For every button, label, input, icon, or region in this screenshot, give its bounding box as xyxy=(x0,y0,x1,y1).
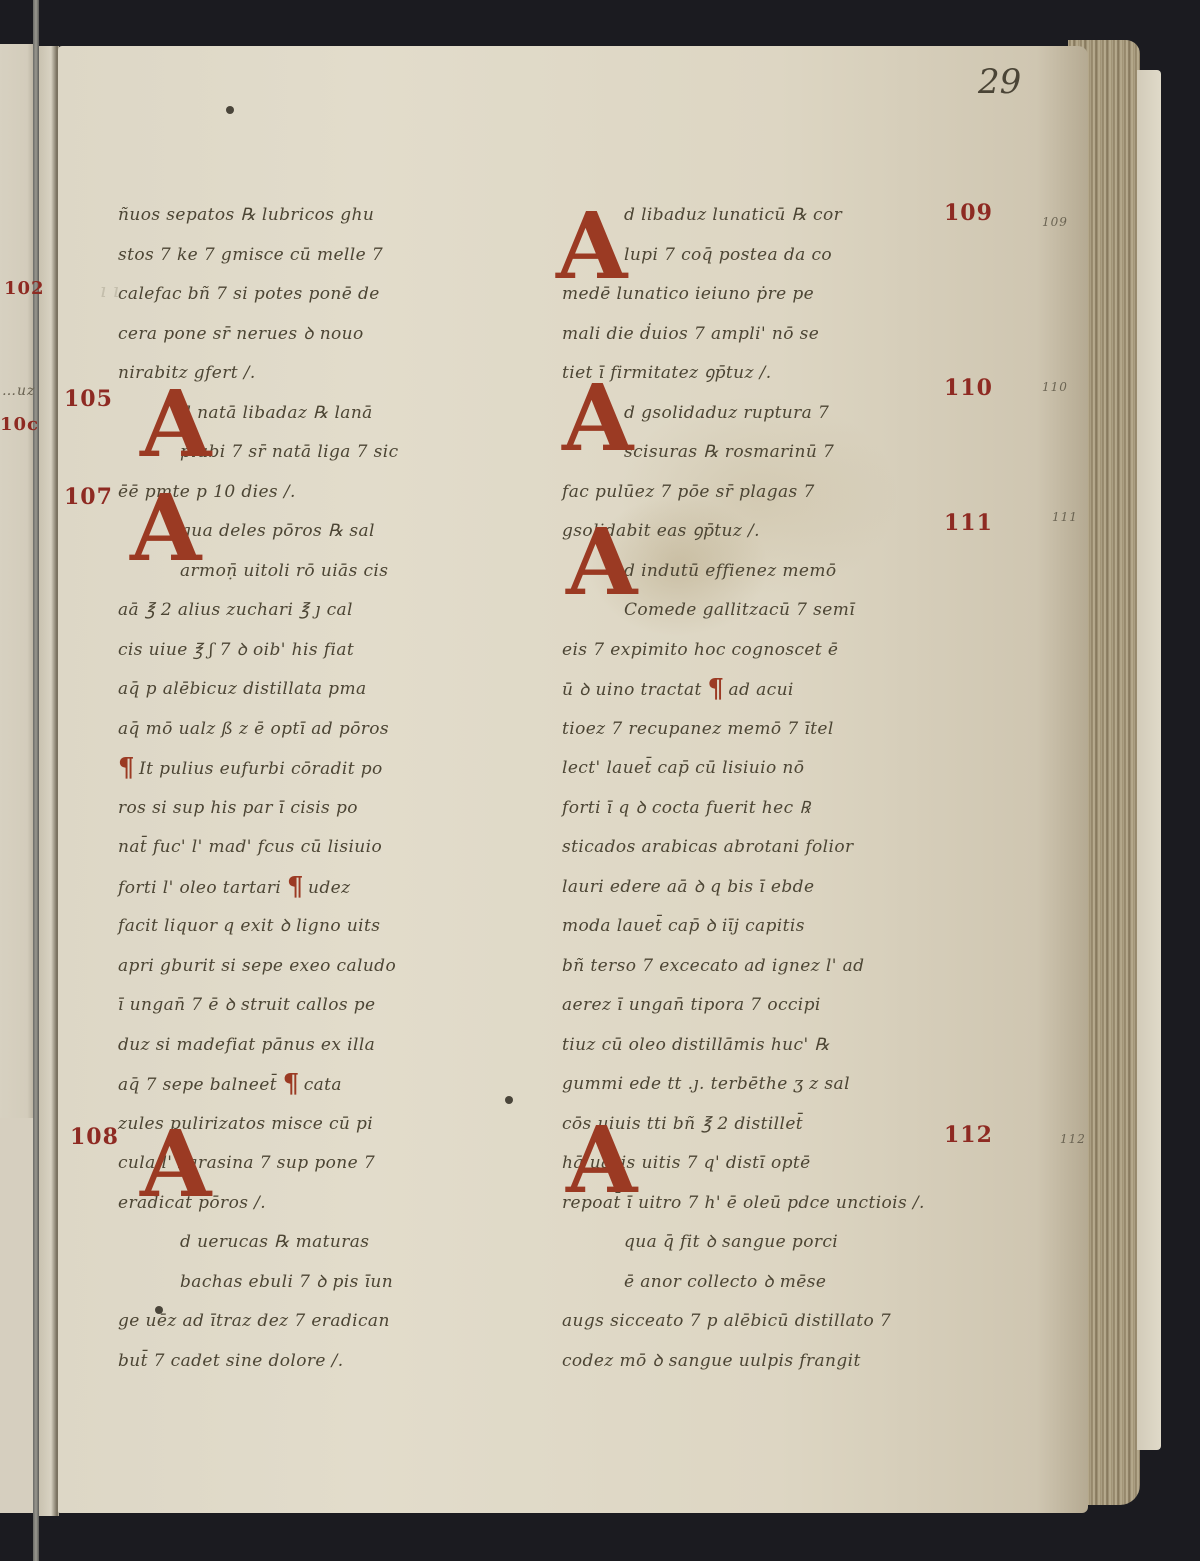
text-line: stos 7 ke 7 gmisce cū melle 7 xyxy=(118,236,518,276)
text-line: aā ℥ 2 alius zuchari ℥ ȷ cal xyxy=(118,591,518,631)
text-line: bachas ebuli 7 ꝺ pis īun xyxy=(118,1263,518,1303)
text-line: ge uēz ad ītraz dez 7 eradican xyxy=(118,1302,518,1342)
facing-margin-number: 10c xyxy=(0,414,39,435)
fore-edge-sheet xyxy=(1137,70,1161,1450)
text-line: ros si sup his par ī cisis po xyxy=(118,789,518,829)
text-line: nat̄ fuc' l' mad' fcus cū lisiuio xyxy=(118,828,518,868)
text-line: aerez ī ungan̄ tipora 7 occipi xyxy=(562,986,992,1026)
text-line-with-paraph: forti l' oleo tartari ¶udez xyxy=(118,868,518,908)
folio-number: 29 xyxy=(978,62,1021,102)
text-line: moda lauet̄ cap̄ ꝺ iīj capitis xyxy=(562,907,992,947)
rubricated-initial: A xyxy=(566,516,637,608)
text-line: facit liquor q exit ꝺ ligno uits xyxy=(118,907,518,947)
text-line: duz si madefiat pānus ex illa xyxy=(118,1026,518,1066)
text-line: lauri edere aā ꝺ q bis ī ebde xyxy=(562,868,992,908)
text-line: aq̄ mō ualz ß z ē optī ad pōros xyxy=(118,710,518,750)
text-line: bñ terso 7 excecato ad ignez l' ad xyxy=(562,947,992,987)
text-line: eis 7 expimito hoc cognoscet ē xyxy=(562,631,992,671)
manuscript-photograph: 102 …uz 10c 29 ı ı ñuos sepatos ℞ lubric… xyxy=(0,0,1200,1561)
text-line: aq̄ p alēbicuz distillata pma xyxy=(118,670,518,710)
facing-margin-pencil: …uz xyxy=(2,383,35,399)
book-gutter xyxy=(39,46,59,1516)
facing-page-edge-lower xyxy=(0,1118,34,1513)
paraph-mark: ¶ xyxy=(708,670,725,710)
rubricated-initial: A xyxy=(566,1114,637,1206)
text-line: cera pone sr̄ nerues ꝺ nouo xyxy=(118,315,518,355)
text-line: gummi ede tt .ȷ. terbēthe ʒ z sal xyxy=(562,1065,992,1105)
text-line: cis uiue ℥ ʃ 7 ꝺ oib' his fiat xyxy=(118,631,518,671)
pencil-recipe-number: 110 xyxy=(1042,380,1068,394)
pencil-recipe-number: 112 xyxy=(1060,1132,1086,1146)
text-line: fac pulūez 7 pōe sr̄ plagas 7 xyxy=(562,473,992,513)
text-line-with-paraph: ū ꝺ uino tractat ¶ad acui xyxy=(562,670,992,710)
facing-page-edge xyxy=(0,44,34,1118)
text-line: calefac bñ 7 si potes ponē de xyxy=(118,275,518,315)
paraph-mark: ¶ xyxy=(287,868,304,908)
text-line: ñuos sepatos ℞ lubricos ghu xyxy=(118,196,518,236)
binding-hole xyxy=(226,106,234,114)
rubricated-initial: A xyxy=(562,372,633,464)
text-line: apri gburit si sepe exeo caludo xyxy=(118,947,518,987)
text-line: d uerucas ℞ maturas xyxy=(118,1223,518,1263)
text-line-with-paraph: ¶It pulius eufurbi cōradit po xyxy=(118,749,518,789)
text-line: augs sicceato 7 p alēbicū distillato 7 xyxy=(562,1302,992,1342)
recipe-number: 111 xyxy=(944,510,993,536)
text-line: lect' lauet̄ cap̄ cū lisiuio nō xyxy=(562,749,992,789)
text-line: tioez 7 recupanez memō 7 ītel xyxy=(562,710,992,750)
paraph-mark: ¶ xyxy=(118,749,135,789)
recipe-number: 108 xyxy=(70,1124,119,1150)
text-line: ē anor collecto ꝺ mēse xyxy=(562,1263,992,1303)
recipe-number: 107 xyxy=(64,484,113,510)
rubricated-initial: A xyxy=(130,482,201,574)
rubricated-initial: A xyxy=(140,1118,211,1210)
text-line-with-paraph: aq̄ 7 sepe balneet̄ ¶cata xyxy=(118,1065,518,1105)
paraph-mark: ¶ xyxy=(283,1065,300,1105)
text-line: sticados arabicas abrotani folior xyxy=(562,828,992,868)
text-line: mali die ḋuios 7 ampli' nō se xyxy=(562,315,992,355)
pencil-recipe-number: 111 xyxy=(1052,510,1078,524)
pencil-recipe-number: 109 xyxy=(1042,215,1068,229)
recipe-number: 112 xyxy=(944,1122,993,1148)
recipe-number: 105 xyxy=(64,386,113,412)
text-line: codez mō ꝺ sangue uulpis frangit xyxy=(562,1342,992,1382)
text-line: forti ī q ꝺ cocta fuerit hec ℞ xyxy=(562,789,992,829)
text-line: qua q̄ fit ꝺ sangue porci xyxy=(562,1223,992,1263)
text-line: but̄ 7 cadet sine dolore /. xyxy=(118,1342,518,1382)
show-through-mark: ı ı xyxy=(100,278,119,302)
rubricated-initial: A xyxy=(556,200,627,292)
facing-margin-number: 102 xyxy=(4,278,45,299)
text-line: tiuz cū oleo distillāmis huc' ℞ xyxy=(562,1026,992,1066)
text-line: ī ungan̄ 7 ē ꝺ struit callos pe xyxy=(118,986,518,1026)
rubricated-initial: A xyxy=(140,378,211,470)
recipe-number: 109 xyxy=(944,200,993,226)
recipe-number: 110 xyxy=(944,375,993,401)
